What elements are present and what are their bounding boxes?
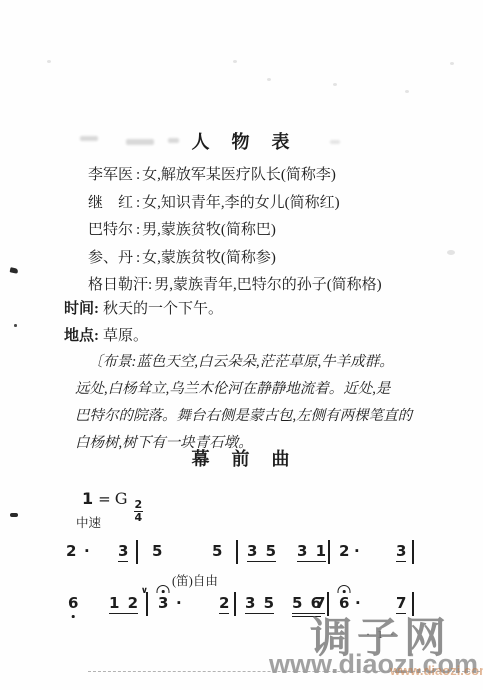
cast-name: 继 红 (88, 190, 136, 218)
cast-name: 李军医 (88, 162, 136, 190)
cast-colon: : (136, 250, 140, 266)
jianpu-note: 3 5 (245, 595, 274, 614)
scanned-page: 人 物 表 李军医:女,解放军某医疗队长(简称李)继 红:女,知识青年,李的女儿… (0, 0, 483, 690)
cast-colon: : (136, 222, 140, 238)
cast-name: 巴特尔 (88, 217, 136, 245)
scan-speck (47, 60, 51, 63)
cast-desc: 男,蒙族贫牧(简称巴) (142, 222, 276, 238)
equals-sign: = (98, 490, 111, 508)
scan-speck (10, 513, 18, 517)
cast-desc: 女,知识青年,李的女儿(简称红) (142, 195, 340, 211)
cast-row: 参、丹:女,蒙族贫牧(简称参) (88, 245, 382, 273)
cast-row: 巴特尔:男,蒙族贫牧(简称巴) (88, 217, 382, 245)
jianpu-note: 5 (152, 543, 162, 560)
scan-smudge (168, 138, 179, 143)
page-bottom-edge (88, 671, 480, 672)
scan-speck (450, 62, 454, 65)
jianpu-note: 3 (396, 543, 406, 562)
cast-row: 李军医:女,解放军某医疗队长(简称李) (88, 162, 382, 190)
cast-colon: : (136, 167, 140, 183)
scan-speck (447, 250, 455, 255)
tempo-marking: 中速 (76, 513, 101, 531)
jianpu-note: 3 (158, 595, 168, 612)
augmentation-dot: · (354, 543, 360, 560)
cast-title: 人 物 表 (0, 128, 483, 154)
scan-speck (405, 90, 409, 93)
scan-speck (233, 60, 237, 63)
scan-smudge (80, 136, 98, 141)
meter-denominator: 4 (134, 512, 144, 524)
cast-row: 格日勒汗:男,蒙族青年,巴特尔的孙子(简称格) (88, 272, 382, 300)
cast-desc: 男,蒙族青年,巴特尔的孙子(简称格) (154, 277, 382, 293)
stage-line: 巴特尔的院落。舞台右侧是蒙古包,左侧有两棵笔直的 (75, 403, 445, 430)
scan-speck (267, 78, 271, 81)
barline (236, 540, 238, 564)
stage-line: 〔布景:蓝色天空,白云朵朵,茫茫草原,牛羊成群。 (75, 349, 445, 376)
barline (136, 540, 138, 564)
cast-colon: : (136, 195, 140, 211)
jianpu-note: 3 5 (247, 543, 276, 562)
augmentation-dot: · (176, 595, 182, 612)
place-text: 草原。 (103, 328, 148, 344)
jianpu-note: 3 1 (297, 543, 326, 562)
cast-list: 李军医:女,解放军某医疗队长(简称李)继 红:女,知识青年,李的女儿(简称红)巴… (88, 162, 382, 300)
scan-speck (10, 267, 19, 274)
scan-smudge (126, 139, 154, 145)
meter-fraction: 24 (134, 499, 144, 524)
barline (146, 592, 148, 616)
cast-name: 参、丹 (88, 245, 136, 273)
barline (412, 540, 414, 564)
time-line: 时间:秋天的一个下午。 (64, 297, 223, 318)
stage-line: 远处,白杨耸立,乌兰木伦河在静静地流着。近处,是 (75, 376, 445, 403)
time-text: 秋天的一个下午。 (103, 301, 223, 317)
overture-title: 幕 前 曲 (0, 445, 483, 471)
cast-desc: 女,解放军某医疗队长(简称李) (142, 167, 336, 183)
place-line: 地点:草原。 (64, 324, 148, 345)
stage-directions: 〔布景:蓝色天空,白云朵朵,茫茫草原,牛羊成群。远处,白杨耸立,乌兰木伦河在静静… (75, 349, 445, 457)
jianpu-note: 2 (339, 543, 349, 560)
flute-cue: (笛)自由 (172, 571, 218, 589)
scan-speck (333, 83, 337, 86)
key-letter: G (115, 489, 128, 508)
tonic-number: 1 (82, 489, 93, 508)
time-label: 时间: (64, 301, 99, 317)
barline (234, 592, 236, 616)
augmentation-dot: · (84, 543, 90, 560)
jianpu-note: 3 (118, 543, 128, 562)
cast-desc: 女,蒙族贫牧(简称参) (142, 250, 276, 266)
cast-colon: : (148, 277, 152, 293)
jianpu-note: 2 (66, 543, 76, 560)
jianpu-note: 5 (212, 543, 222, 560)
jianpu-line-1: 2·3553 53 12·3 (0, 543, 483, 573)
cast-name: 格日勒汗 (88, 272, 148, 300)
barline (328, 540, 330, 564)
scan-speck (14, 324, 17, 327)
jianpu-note: 2 (219, 595, 229, 614)
scan-smudge (330, 140, 340, 144)
jianpu-note: 6 (68, 595, 78, 612)
cast-row: 继 红:女,知识青年,李的女儿(简称红) (88, 190, 382, 218)
place-label: 地点: (64, 328, 99, 344)
jianpu-note: 1 2 (109, 595, 138, 614)
